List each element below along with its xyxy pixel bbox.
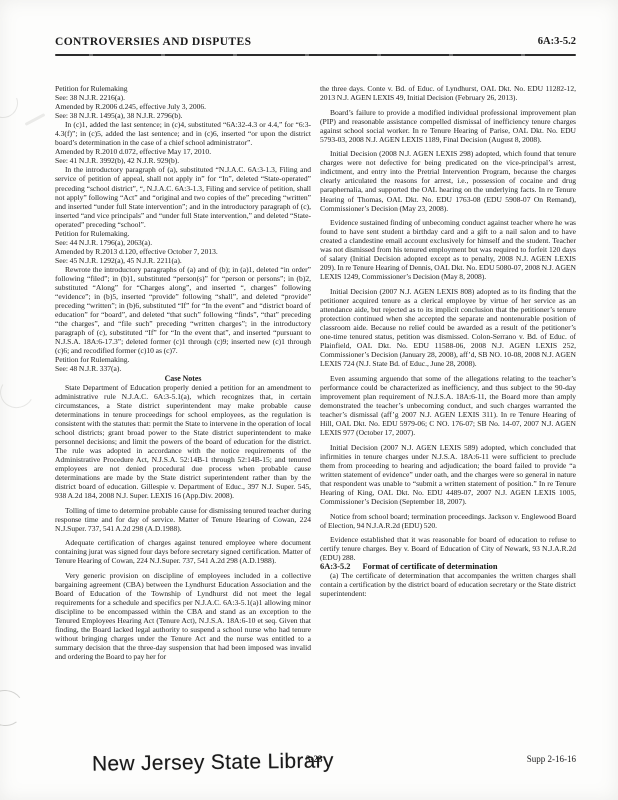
text-columns: Petition for Rulemaking See: 38 N.J.R. 2… xyxy=(55,84,576,661)
supplement-date: Supp 2-16-16 xyxy=(527,754,576,764)
case-note: Very generic provision on discipline of … xyxy=(55,571,311,661)
scan-artifact-arc xyxy=(0,372,38,412)
running-head-section: 6A:3-5.2 xyxy=(538,36,576,47)
page-header: CONTROVERSIES AND DISPUTES 6A:3-5.2 xyxy=(55,36,576,52)
history-line: Petition for Rulemaking xyxy=(55,84,311,93)
case-note: Initial Decision (2007 N.J. AGEN LEXIS 5… xyxy=(320,443,576,506)
case-note: Adequate certification of charges agains… xyxy=(55,538,311,565)
history-line: See: 48 N.J.R. 337(a). xyxy=(55,364,311,373)
history-line: Amended by R.2010 d.072, effective May 1… xyxy=(55,147,311,156)
scanned-page: CONTROVERSIES AND DISPUTES 6A:3-5.2 Peti… xyxy=(0,0,618,800)
scan-artifact-arc xyxy=(0,688,26,729)
history-line: Petition for Rulemaking. xyxy=(55,229,311,238)
library-stamp: New Jersey State Library xyxy=(92,749,334,776)
case-notes-heading: Case Notes xyxy=(55,374,311,383)
history-line: See: 44 N.J.R. 1796(a), 2063(a). xyxy=(55,238,311,247)
history-line: See: 38 N.J.R. 1495(a), 38 N.J.R. 2796(b… xyxy=(55,111,311,120)
history-line: See: 38 N.J.R. 2216(a). xyxy=(55,93,311,102)
regulation-paragraph: (a) The certificate of determination tha… xyxy=(320,571,576,598)
amendment-note: In the introductory paragraph of (a), su… xyxy=(55,165,311,228)
case-note: State Department of Education properly d… xyxy=(55,383,311,501)
case-note: Evidence established that it was reasona… xyxy=(320,535,576,562)
case-note: Evidence sustained finding of unbecoming… xyxy=(320,218,576,281)
case-note: Initial Decision (2007 N.J. AGEN LEXIS 8… xyxy=(320,287,576,368)
history-line: Petition for Rulemaking. xyxy=(55,355,311,364)
page-number: 3-23 xyxy=(306,754,323,764)
history-line: Amended by R.2013 d.120, effective Octob… xyxy=(55,247,311,256)
case-note: Tolling of time to determine probable ca… xyxy=(55,506,311,533)
history-line: See: 45 N.J.R. 1292(a), 45 N.J.R. 2211(a… xyxy=(55,256,311,265)
case-note: Even assuming arguendo that some of the … xyxy=(320,374,576,437)
scan-artifact-arc xyxy=(0,83,23,123)
scan-artifact-smudge xyxy=(25,113,46,126)
header-rule xyxy=(55,54,576,56)
case-note: Notice from school board; termination pr… xyxy=(320,512,576,530)
history-line: Amended by R.2006 d.245, effective July … xyxy=(55,102,311,111)
section-heading: 6A:3-5.2Format of certificate of determi… xyxy=(320,562,576,571)
right-column: the three days. Conte v. Bd. of Educ. of… xyxy=(320,84,576,661)
amendment-note: In (c)1, added the last sentence; in (c)… xyxy=(55,120,311,147)
history-line: See: 41 N.J.R. 3992(b), 42 N.J.R. 929(b)… xyxy=(55,156,311,165)
running-head-title: CONTROVERSIES AND DISPUTES xyxy=(55,36,251,48)
section-title: Format of certificate of determination xyxy=(362,562,497,571)
case-note-continuation: the three days. Conte v. Bd. of Educ. of… xyxy=(320,84,576,102)
section-number: 6A:3-5.2 xyxy=(320,562,350,571)
case-note: Board’s failure to provide a modified in… xyxy=(320,108,576,144)
left-column: Petition for Rulemaking See: 38 N.J.R. 2… xyxy=(55,84,311,661)
case-note: Initial Decision (2008 N.J. AGEN LEXIS 2… xyxy=(320,149,576,212)
amendment-note: Rewrote the introductory paragraphs of (… xyxy=(55,265,311,355)
